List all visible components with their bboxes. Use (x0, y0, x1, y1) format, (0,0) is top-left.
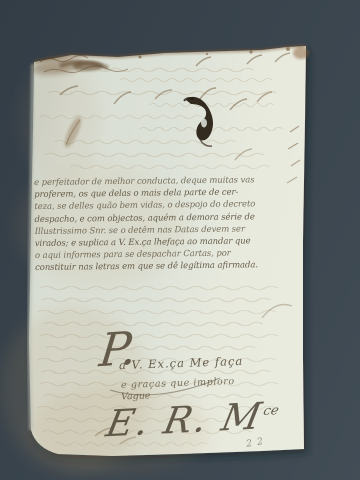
photo-stage: e perfeitador de melhor conducta, deque … (0, 0, 360, 480)
paper-photo-art (0, 0, 360, 480)
